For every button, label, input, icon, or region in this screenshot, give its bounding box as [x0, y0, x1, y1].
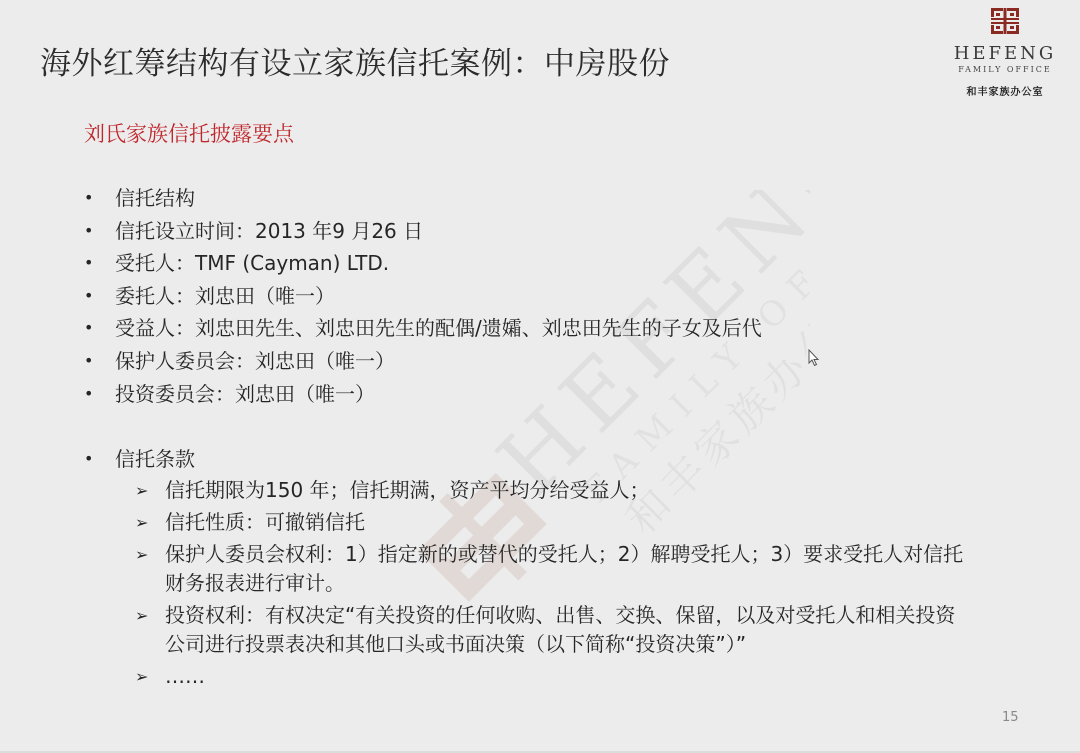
bullet-icon: • — [84, 345, 93, 378]
sublist-item-text: …… — [165, 664, 205, 688]
list-item-text: 委托人：刘忠田（唯一） — [115, 284, 335, 308]
list-item-trust-structure: • 信托结构 — [84, 182, 1024, 215]
arrow-bullet-icon: ➢ — [135, 662, 148, 691]
bullet-icon: • — [84, 312, 93, 345]
sublist-item-term-duration: ➢ 信托期限为150 年；信托期满，资产平均分给受益人； — [115, 476, 965, 505]
bullet-icon: • — [84, 378, 93, 411]
list-item-text: 投资委员会：刘忠田（唯一） — [115, 382, 375, 406]
page-number: 15 — [1002, 710, 1019, 725]
sublist-item-text: 投资权利：有权决定“有关投资的任何收购、出售、交换、保留，以及对受托人和相关投资… — [165, 603, 955, 656]
arrow-bullet-icon: ➢ — [135, 476, 148, 505]
logo-name-cn: 和丰家族办公室 — [945, 83, 1065, 98]
list-item-establish-date: • 信托设立时间：2013 年9 月26 日 — [84, 215, 1024, 248]
list-spacer — [84, 410, 1024, 443]
hefeng-logo: HEFENG FAMILY OFFICE 和丰家族办公室 — [945, 6, 1065, 98]
list-item-trust-terms: • 信托条款 ➢ 信托期限为150 年；信托期满，资产平均分给受益人； ➢ 信托… — [84, 443, 1024, 691]
arrow-bullet-icon: ➢ — [135, 601, 148, 630]
sublist-item-trust-nature: ➢ 信托性质：可撤销信托 — [115, 508, 965, 537]
list-item-text: 信托条款 — [115, 447, 195, 471]
sublist-item-protector-rights: ➢ 保护人委员会权利：1）指定新的或替代的受托人；2）解聘受托人；3）要求受托人… — [115, 540, 965, 598]
list-item-text: 保护人委员会：刘忠田（唯一） — [115, 349, 395, 373]
list-item-text: 信托设立时间：2013 年9 月26 日 — [115, 219, 423, 243]
list-item-settlor: • 委托人：刘忠田（唯一） — [84, 280, 1024, 313]
page-title: 海外红筹结构有设立家族信托案例：中房股份 — [40, 38, 670, 83]
bullet-icon: • — [84, 443, 93, 476]
list-item-text: 信托结构 — [115, 186, 195, 210]
disclosure-list: • 信托结构 • 信托设立时间：2013 年9 月26 日 • 受托人：TMF … — [84, 182, 1024, 694]
trust-terms-sublist: ➢ 信托期限为150 年；信托期满，资产平均分给受益人； ➢ 信托性质：可撤销信… — [84, 476, 1024, 691]
list-item-text: 受益人：刘忠田先生、刘忠田先生的配偶/遗孀、刘忠田先生的子女及后代 — [115, 316, 762, 340]
logo-name-en: HEFENG — [945, 45, 1065, 63]
sublist-item-text: 信托性质：可撤销信托 — [165, 510, 365, 534]
sublist-item-text: 信托期限为150 年；信托期满，资产平均分给受益人； — [165, 478, 650, 502]
bullet-icon: • — [84, 182, 93, 215]
section-subtitle: 刘氏家族信托披露要点 — [84, 118, 294, 148]
sublist-item-text: 保护人委员会权利：1）指定新的或替代的受托人；2）解聘受托人；3）要求受托人对信… — [165, 542, 963, 595]
sublist-item-ellipsis: ➢ …… — [115, 662, 965, 691]
sublist-item-investment-rights: ➢ 投资权利：有权决定“有关投资的任何收购、出售、交换、保留，以及对受托人和相关… — [115, 601, 965, 659]
bullet-icon: • — [84, 247, 93, 280]
bullet-icon: • — [84, 215, 93, 248]
hefeng-knot-logo-icon — [990, 6, 1020, 36]
arrow-bullet-icon: ➢ — [135, 540, 148, 569]
list-item-beneficiaries: • 受益人：刘忠田先生、刘忠田先生的配偶/遗孀、刘忠田先生的子女及后代 — [84, 312, 1024, 345]
logo-subtitle-en: FAMILY OFFICE — [945, 65, 1065, 75]
mouse-cursor-icon — [808, 349, 820, 367]
list-item-text: 受托人：TMF (Cayman) LTD. — [115, 251, 389, 275]
list-item-protector-committee: • 保护人委员会：刘忠田（唯一） — [84, 345, 1024, 378]
list-item-investment-committee: • 投资委员会：刘忠田（唯一） — [84, 378, 1024, 411]
slide: HEFENG FAMILY OFFICE 和丰家族办公室 海外红筹结构有设立家族… — [0, 0, 1080, 753]
arrow-bullet-icon: ➢ — [135, 508, 148, 537]
list-item-trustee: • 受托人：TMF (Cayman) LTD. — [84, 247, 1024, 280]
bullet-icon: • — [84, 280, 93, 313]
